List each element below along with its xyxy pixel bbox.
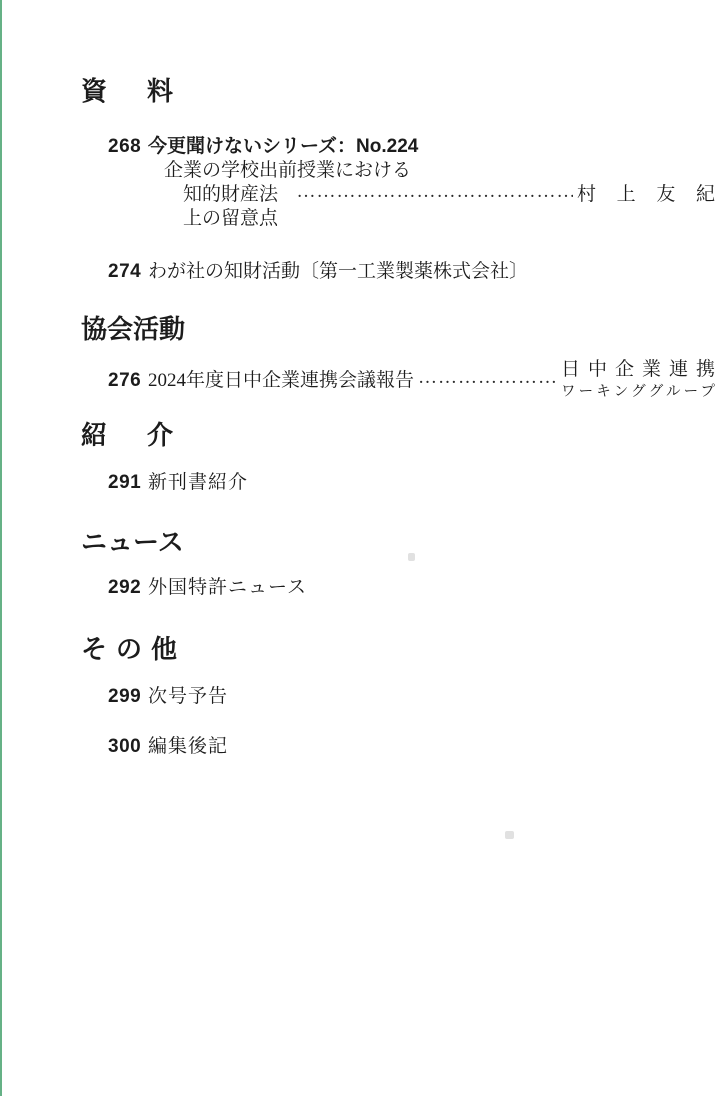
page-number: 291	[108, 471, 148, 495]
leader-dots: ………………………………………………………………	[296, 180, 573, 204]
section-header-kyoukai-katsudou: 協会活動	[81, 314, 718, 344]
author-group-line1: 日中企業連携	[561, 358, 715, 382]
entry-title: 新刊書紹介	[148, 471, 715, 495]
section-header-shiryou: 資料	[81, 76, 173, 106]
document-page: { "page": { "background": "#ffffff", "in…	[0, 0, 718, 1096]
entry-title: わが社の知財活動〔第一工業製薬株式会社〕	[148, 260, 715, 284]
entry-title: 外国特許ニュース	[148, 576, 715, 600]
leader-dots: ………………………………………………………………	[418, 366, 557, 390]
page-number: 276	[108, 369, 148, 393]
toc-entry-276: 276 2024年度日中企業連携会議報告 ……………………………………………………	[108, 358, 718, 403]
entry-series-title: 今更聞けないシリーズ：No.224	[148, 135, 715, 159]
author-group-line2: ワーキンググループ	[561, 382, 715, 403]
entry-title: 編集後記	[148, 735, 715, 759]
page-number: 268	[108, 135, 148, 159]
toc-entry-268: 268 今更聞けないシリーズ：No.224 企業の学校出前授業における 知的財産…	[108, 135, 718, 231]
page-number: 274	[108, 260, 148, 284]
author-group: 日中企業連携 ワーキンググループ	[561, 358, 715, 403]
section-header-shoukai: 紹介	[81, 420, 173, 450]
page-number: 300	[108, 735, 148, 759]
toc-entry-274: 274 わが社の知財活動〔第一工業製薬株式会社〕	[108, 260, 718, 284]
entry-title: 2024年度日中企業連携会議報告	[148, 369, 414, 393]
toc-entry-291: 291 新刊書紹介	[108, 471, 718, 495]
section-header-sonota: その他	[81, 634, 177, 664]
toc-entry-300: 300 編集後記	[108, 735, 718, 759]
entry-body: 今更聞けないシリーズ：No.224 企業の学校出前授業における 知的財産法上の留…	[148, 135, 715, 231]
entry-subtitle-line2-row: 知的財産法上の留意点 ……………………………………………………………… 村上友紀	[183, 183, 715, 231]
page-number: 292	[108, 576, 148, 600]
scan-speck	[505, 831, 514, 839]
entry-body: 2024年度日中企業連携会議報告 ………………………………………………………………	[148, 358, 715, 403]
entry-subtitle-line2: 知的財産法上の留意点	[183, 183, 292, 231]
toc-entry-299: 299 次号予告	[108, 685, 718, 709]
author-name: 村上友紀	[577, 183, 715, 207]
page-number: 299	[108, 685, 148, 709]
section-header-news: ニュース	[81, 527, 718, 557]
toc-entry-292: 292 外国特許ニュース	[108, 576, 718, 600]
entry-title: 次号予告	[148, 685, 715, 709]
scan-edge-line	[0, 0, 2, 1096]
scan-speck	[408, 553, 415, 561]
